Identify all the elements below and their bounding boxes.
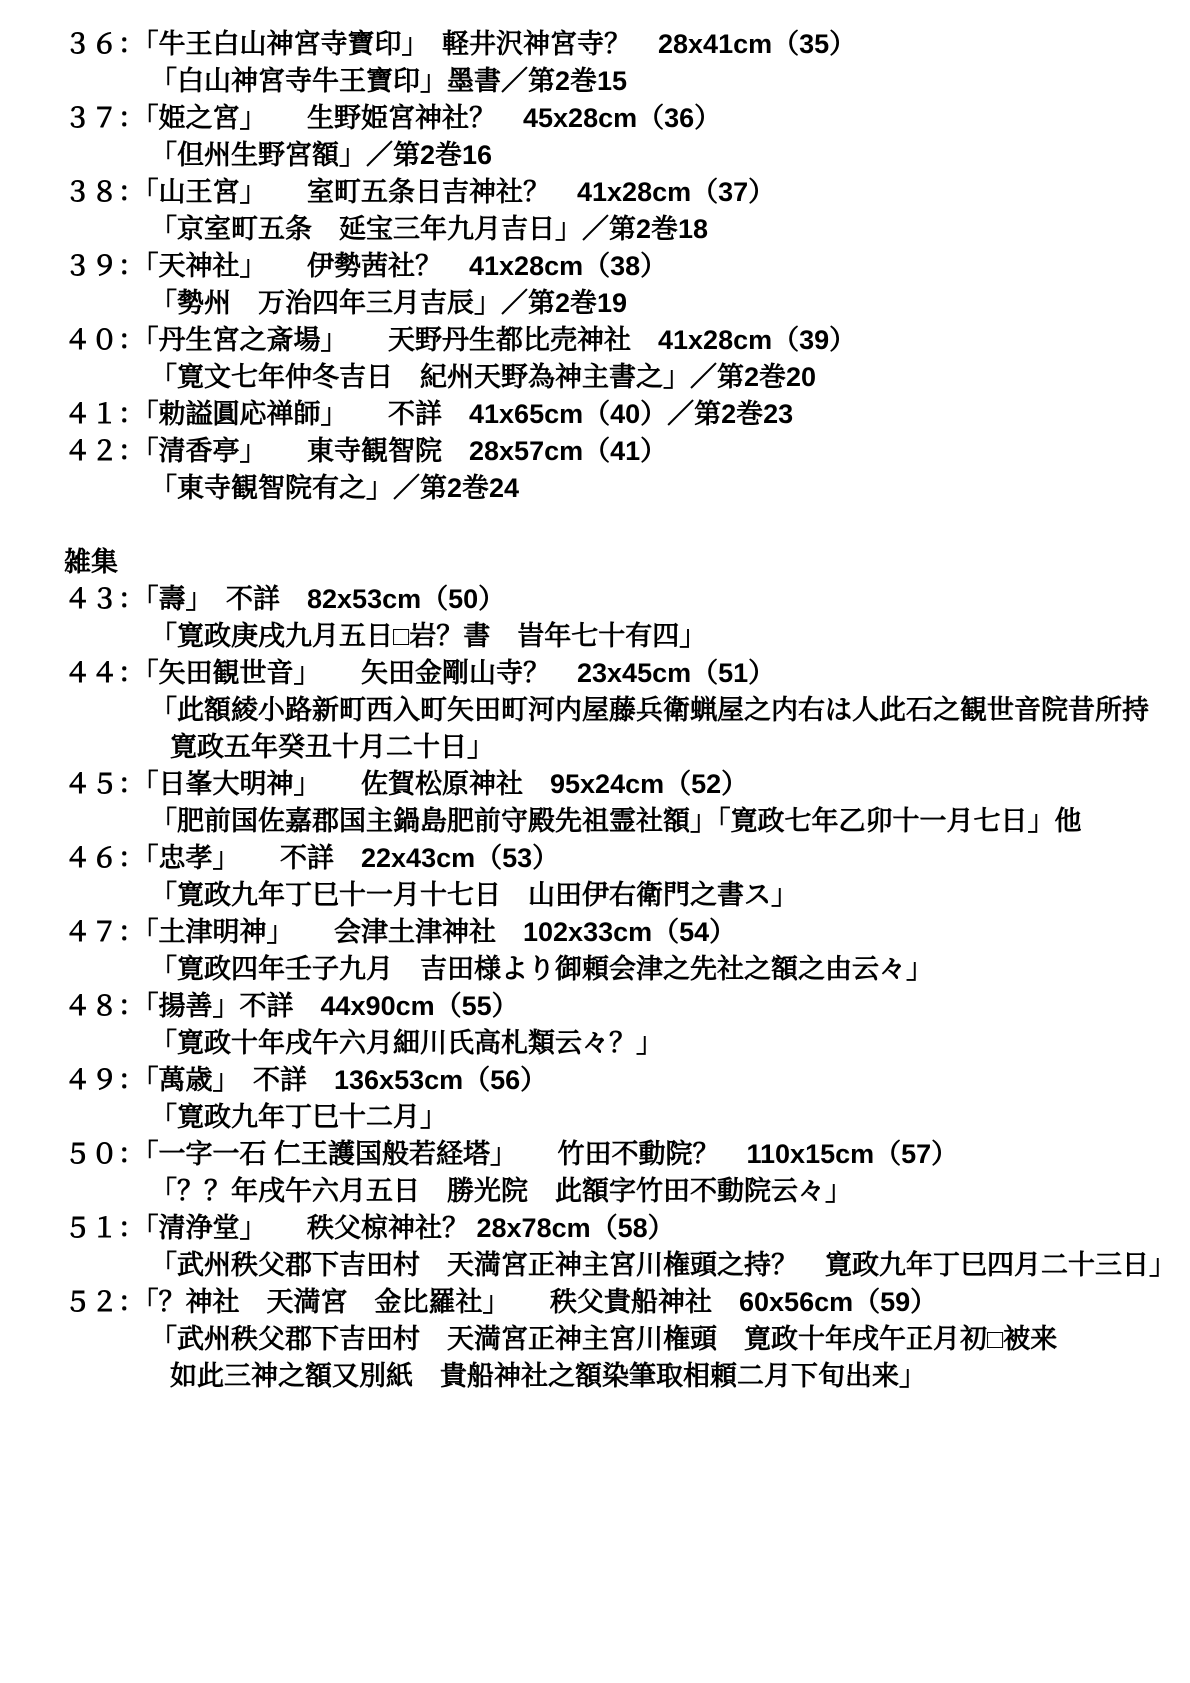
entry-line: ３７：「姫之宮」 生野姫宮神社？ 45x28cm（36） — [64, 100, 1160, 137]
entry-45: ４５：「日峯大明神」 佐賀松原神社 95x24cm（52） 「肥前国佐嘉郡国主鍋… — [64, 766, 1160, 840]
entry-continuation-line: 「京室町五条 延宝三年九月吉日」／第2巻18 — [64, 211, 1160, 248]
entry-number: ４０： — [64, 325, 145, 355]
entry-49: ４９：「萬歳」 不詳 136x53cm（56） 「寛政九年丁巳十二月」 — [64, 1062, 1160, 1136]
entry-continuation-line: 「？？年戌午六月五日 勝光院 此額字竹田不動院云々」 — [64, 1173, 1160, 1210]
entry-43: ４３：「壽」 不詳 82x53cm（50） 「寛政庚戌九月五日□岩？書 旹年七十… — [64, 581, 1160, 655]
entry-continuation-line: 「寛政四年壬子九月 吉田様より御頼会津之先社之額之由云々」 — [64, 951, 1160, 988]
entry-continuation-line: 「寛政十年戌午六月細川氏高札類云々？」 — [64, 1025, 1160, 1062]
entry-number: ３９： — [64, 251, 145, 281]
entry-continuation-line: 「武州秩父郡下吉田村 天満宮正神主宮川権頭之持？ 寛政九年丁巳四月二十三日」 — [64, 1247, 1160, 1284]
entry-line: ５２：「？神社 天満宮 金比羅社」 秩父貴船神社 60x56cm（59） — [64, 1284, 1160, 1321]
entry-continuation-line: 「寛政庚戌九月五日□岩？書 旹年七十有四」 — [64, 618, 1160, 655]
entry-number: ４５： — [64, 769, 145, 799]
entry-text: 「勅謚圓応禅師」 不詳 41x65cm（40）／第2巻23 — [145, 399, 793, 429]
entry-line: ４６：「忠孝」 不詳 22x43cm（53） — [64, 840, 1160, 877]
entry-continuation-line: 如此三神之額又別紙 貴船神社之額染筆取相頼二月下旬出来」 — [64, 1358, 1160, 1395]
entry-line: ４７：「土津明神」 会津土津神社 102x33cm（54） — [64, 914, 1160, 951]
entry-number: ４７： — [64, 917, 145, 947]
entry-line: ４５：「日峯大明神」 佐賀松原神社 95x24cm（52） — [64, 766, 1160, 803]
entry-number: ３７： — [64, 103, 145, 133]
entry-51: ５１：「清浄堂」 秩父椋神社？ 28x78cm（58） 「武州秩父郡下吉田村 天… — [64, 1210, 1160, 1284]
entry-number: ４６： — [64, 843, 145, 873]
entry-46: ４６：「忠孝」 不詳 22x43cm（53） 「寛政九年丁巳十一月十七日 山田伊… — [64, 840, 1160, 914]
entry-continuation-line: 「但州生野宮額」／第2巻16 — [64, 137, 1160, 174]
entry-number: ４８： — [64, 991, 145, 1021]
entry-number: ５０： — [64, 1139, 145, 1169]
entry-text: 「日峯大明神」 佐賀松原神社 95x24cm（52） — [145, 769, 748, 799]
entry-continuation-line: 「勢州 万治四年三月吉辰」／第2巻19 — [64, 285, 1160, 322]
entry-number: ４３： — [64, 584, 145, 614]
entry-36: ３６：「牛王白山神宮寺寶印」 軽井沢神宮寺？ 28x41cm（35） 「白山神宮… — [64, 26, 1160, 100]
entry-37: ３７：「姫之宮」 生野姫宮神社？ 45x28cm（36） 「但州生野宮額」／第2… — [64, 100, 1160, 174]
entry-continuation-line: 「武州秩父郡下吉田村 天満宮正神主宮川権頭 寛政十年戌午正月初□被来 — [64, 1321, 1160, 1358]
entry-continuation-line: 「寛政九年丁巳十二月」 — [64, 1099, 1160, 1136]
entry-text: 「清浄堂」 秩父椋神社？ 28x78cm（58） — [145, 1213, 675, 1243]
entry-text: 「矢田観世音」 矢田金剛山寺？ 23x45cm（51） — [145, 658, 775, 688]
entry-continuation-line: 「此額綾小路新町西入町矢田町河内屋藤兵衛蝋屋之内右は人此石之観世音院昔所持 — [64, 692, 1160, 729]
entry-text: 「天神社」 伊勢茜社？ 41x28cm（38） — [145, 251, 667, 281]
entry-text: 「山王宮」 室町五条日吉神社？ 41x28cm（37） — [145, 177, 775, 207]
entry-continuation-line: 「白山神宮寺牛王寶印」墨書／第2巻15 — [64, 63, 1160, 100]
entry-number: ５２： — [64, 1287, 145, 1317]
entry-continuation-line: 「東寺観智院有之」／第2巻24 — [64, 470, 1160, 507]
entry-text: 「一字一石 仁王護国般若経塔」 竹田不動院？ 110x15cm（57） — [145, 1139, 958, 1169]
entry-48: ４８：「揚善」不詳 44x90cm（55） 「寛政十年戌午六月細川氏高札類云々？… — [64, 988, 1160, 1062]
entry-line: ３６：「牛王白山神宮寺寶印」 軽井沢神宮寺？ 28x41cm（35） — [64, 26, 1160, 63]
entry-line: ４９：「萬歳」 不詳 136x53cm（56） — [64, 1062, 1160, 1099]
entry-38: ３８：「山王宮」 室町五条日吉神社？ 41x28cm（37） 「京室町五条 延宝… — [64, 174, 1160, 248]
entry-41: ４１：「勅謚圓応禅師」 不詳 41x65cm（40）／第2巻23 — [64, 396, 1160, 433]
entry-47: ４７：「土津明神」 会津土津神社 102x33cm（54） 「寛政四年壬子九月 … — [64, 914, 1160, 988]
entry-44: ４４：「矢田観世音」 矢田金剛山寺？ 23x45cm（51） 「此額綾小路新町西… — [64, 655, 1160, 766]
entry-line: ４０：「丹生宮之斎場」 天野丹生都比売神社 41x28cm（39） — [64, 322, 1160, 359]
entry-line: ４８：「揚善」不詳 44x90cm（55） — [64, 988, 1160, 1025]
entry-line: ５０：「一字一石 仁王護国般若経塔」 竹田不動院？ 110x15cm（57） — [64, 1136, 1160, 1173]
entry-number: ４９： — [64, 1065, 145, 1095]
entry-text: 「揚善」不詳 44x90cm（55） — [145, 991, 519, 1021]
entry-number: ４４： — [64, 658, 145, 688]
entry-text: 「萬歳」 不詳 136x53cm（56） — [145, 1065, 547, 1095]
entry-text: 「清香亭」 東寺観智院 28x57cm（41） — [145, 436, 667, 466]
entry-number: ４１： — [64, 399, 145, 429]
entry-line: ４２：「清香亭」 東寺観智院 28x57cm（41） — [64, 433, 1160, 470]
entry-number: ４２： — [64, 436, 145, 466]
entry-text: 「姫之宮」 生野姫宮神社？ 45x28cm（36） — [145, 103, 721, 133]
entry-continuation-line: 「寛政九年丁巳十一月十七日 山田伊右衛門之書ス」 — [64, 877, 1160, 914]
entry-number: ３６： — [64, 29, 145, 59]
entry-40: ４０：「丹生宮之斎場」 天野丹生都比売神社 41x28cm（39） 「寛文七年仲… — [64, 322, 1160, 396]
entry-continuation-line: 「寛文七年仲冬吉日 紀州天野為神主書之」／第2巻20 — [64, 359, 1160, 396]
document-page: ３６：「牛王白山神宮寺寶印」 軽井沢神宮寺？ 28x41cm（35） 「白山神宮… — [0, 0, 1190, 1395]
entry-text: 「牛王白山神宮寺寶印」 軽井沢神宮寺？ 28x41cm（35） — [145, 29, 856, 59]
entry-number: ３８： — [64, 177, 145, 207]
entry-50: ５０：「一字一石 仁王護国般若経塔」 竹田不動院？ 110x15cm（57） 「… — [64, 1136, 1160, 1210]
entry-line: ４３：「壽」 不詳 82x53cm（50） — [64, 581, 1160, 618]
entry-line: ４１：「勅謚圓応禅師」 不詳 41x65cm（40）／第2巻23 — [64, 396, 1160, 433]
section-heading: 雑集 — [64, 544, 1160, 581]
entry-continuation-line: 「肥前国佐嘉郡国主鍋島肥前守殿先祖霊社額」「寛政七年乙卯十一月七日」他 — [64, 803, 1160, 840]
entry-line: ３８：「山王宮」 室町五条日吉神社？ 41x28cm（37） — [64, 174, 1160, 211]
entry-text: 「壽」 不詳 82x53cm（50） — [145, 584, 505, 614]
entry-text: 「忠孝」 不詳 22x43cm（53） — [145, 843, 559, 873]
entry-number: ５１： — [64, 1213, 145, 1243]
entry-text: 「土津明神」 会津土津神社 102x33cm（54） — [145, 917, 736, 947]
entry-line: ５１：「清浄堂」 秩父椋神社？ 28x78cm（58） — [64, 1210, 1160, 1247]
entry-42: ４２：「清香亭」 東寺観智院 28x57cm（41） 「東寺観智院有之」／第2巻… — [64, 433, 1160, 507]
entry-continuation-line: 寛政五年癸丑十月二十日」 — [64, 729, 1160, 766]
entry-52: ５２：「？神社 天満宮 金比羅社」 秩父貴船神社 60x56cm（59） 「武州… — [64, 1284, 1160, 1395]
entry-39: ３９：「天神社」 伊勢茜社？ 41x28cm（38） 「勢州 万治四年三月吉辰」… — [64, 248, 1160, 322]
entry-line: ３９：「天神社」 伊勢茜社？ 41x28cm（38） — [64, 248, 1160, 285]
entry-text: 「？神社 天満宮 金比羅社」 秩父貴船神社 60x56cm（59） — [145, 1287, 937, 1317]
entry-line: ４４：「矢田観世音」 矢田金剛山寺？ 23x45cm（51） — [64, 655, 1160, 692]
entry-text: 「丹生宮之斎場」 天野丹生都比売神社 41x28cm（39） — [145, 325, 856, 355]
